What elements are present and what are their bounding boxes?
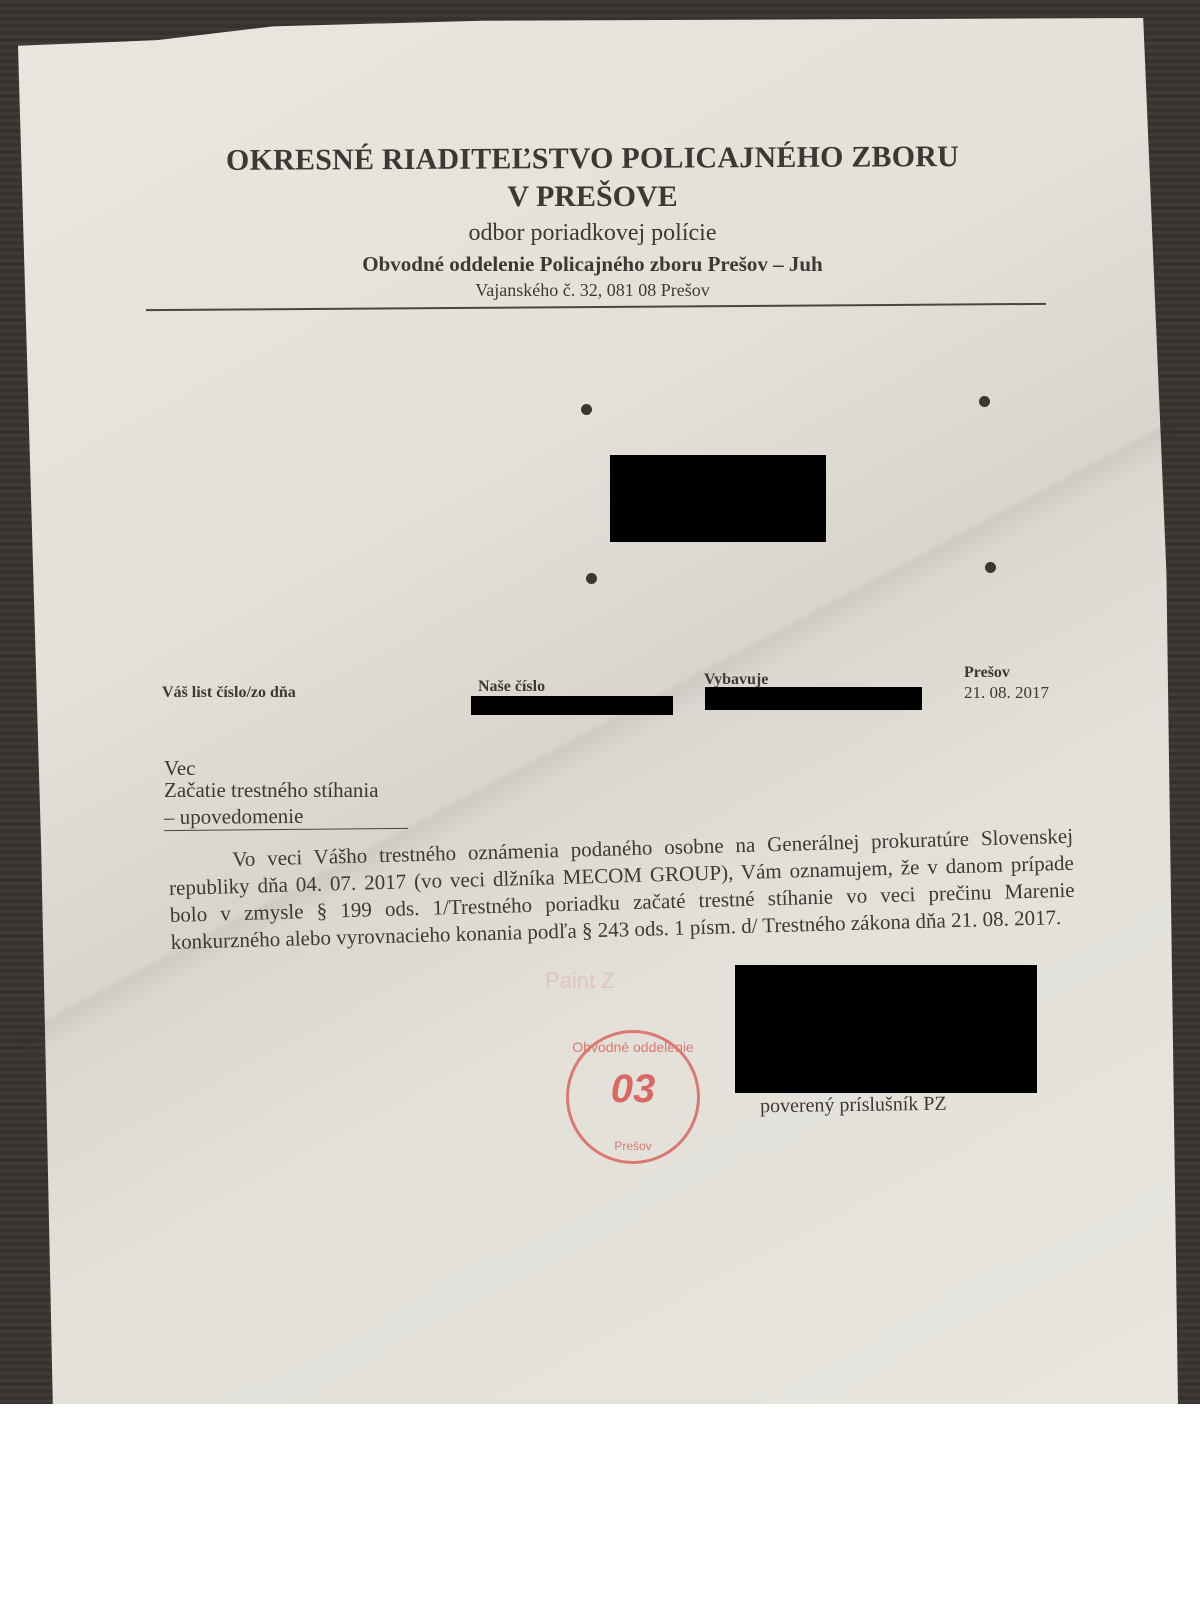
- redacted-handled-by: [705, 687, 922, 710]
- address-window-mark: [586, 573, 597, 584]
- header-address: Vajanského č. 32, 081 08 Prešov: [0, 280, 1185, 301]
- header-title-line2: V PREŠOVE: [0, 180, 1185, 214]
- subject-line2: – upovedomenie: [164, 803, 408, 831]
- address-window-mark: [581, 404, 592, 415]
- photo-background: OKRESNÉ RIADITEĽSTVO POLICAJNÉHO ZBORU V…: [0, 0, 1200, 1404]
- header-unit: Obvodné oddelenie Policajného zboru Preš…: [0, 252, 1185, 277]
- our-number-label: Naše číslo: [478, 678, 545, 696]
- redacted-signature: [735, 965, 1037, 1093]
- letter-date: 21. 08. 2017: [964, 683, 1049, 703]
- stamp-top-text: Obvodné oddelenie: [569, 1039, 697, 1055]
- stamp-bottom-text: Prešov: [569, 1139, 697, 1153]
- subject-line1: Začatie trestného stíhania: [164, 778, 379, 803]
- place-label: Prešov: [964, 664, 1010, 682]
- stamp-number: 03: [569, 1067, 697, 1112]
- official-stamp: Obvodné oddelenie 03 Prešov: [566, 1030, 700, 1164]
- address-window-mark: [985, 562, 996, 573]
- header-department: odbor poriadkovej polície: [0, 220, 1185, 247]
- watermark: Paint Z: [545, 968, 615, 994]
- signature-title: poverený príslušník PZ: [760, 1093, 947, 1119]
- address-window-mark: [979, 396, 990, 407]
- redacted-our-number: [471, 696, 673, 715]
- your-letter-label: Váš list číslo/zo dňa: [162, 684, 296, 702]
- header-title-line1: OKRESNÉ RIADITEĽSTVO POLICAJNÉHO ZBORU: [0, 139, 1185, 179]
- redacted-recipient-address: [610, 455, 826, 542]
